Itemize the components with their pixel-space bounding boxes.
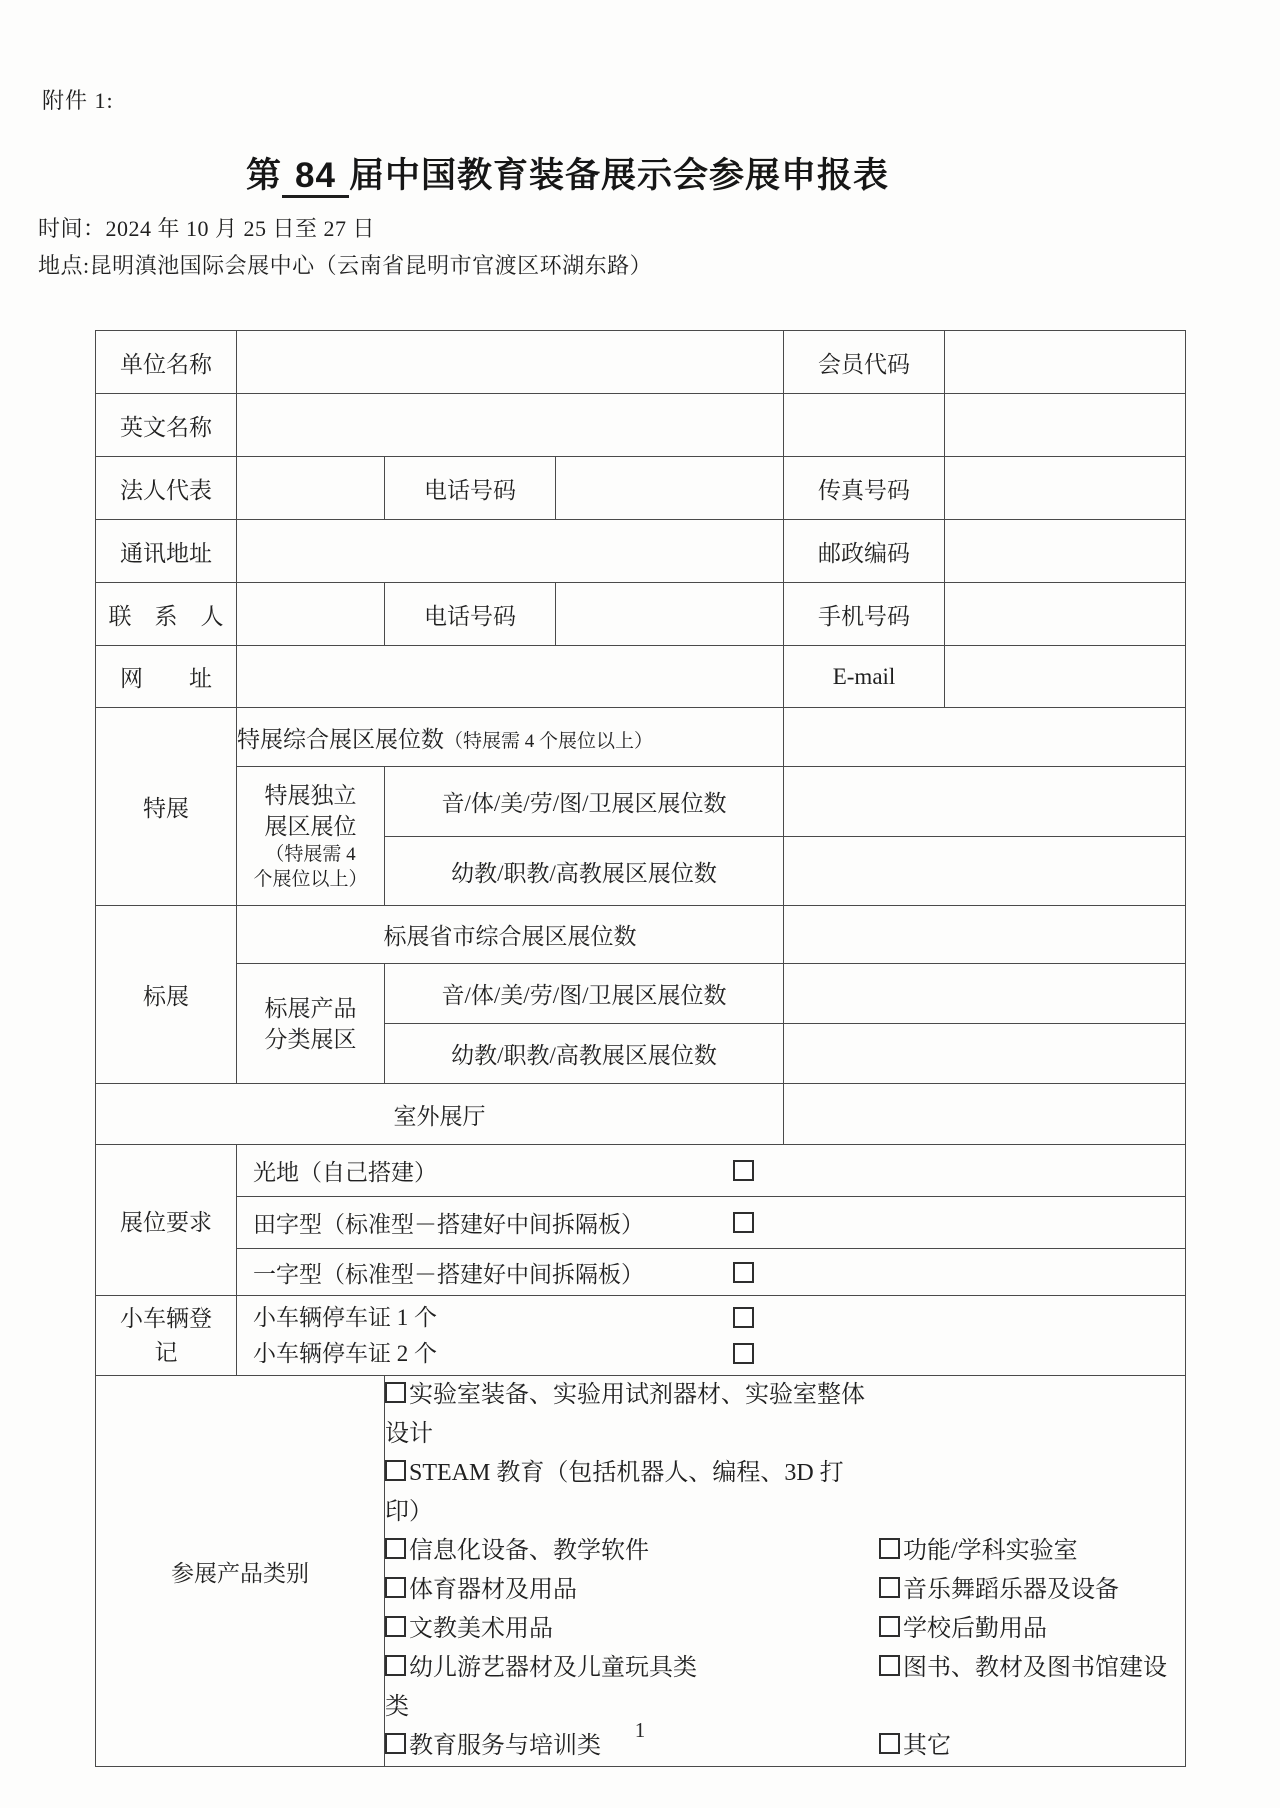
page-number: 1	[0, 1718, 1280, 1743]
vehicle-option-label: 小车辆停车证 2 个	[253, 1336, 733, 1372]
vehicle-options-cell: 小车辆停车证 1 个 小车辆停车证 2 个	[237, 1296, 1186, 1376]
special-comprehensive-input-cell[interactable]	[784, 708, 1186, 767]
product-category-options-cell: 实验室装备、实验用试剂器材、实验室整体设计 STEAM 教育（包括机器人、编程、…	[385, 1376, 1186, 1767]
english-name-label: 英文名称	[96, 394, 237, 457]
checkbox-icon[interactable]	[733, 1343, 754, 1364]
product-option: 文教美术用品	[385, 1610, 879, 1649]
special-preschool-zone-input-cell[interactable]	[784, 837, 1186, 906]
table-row: 单位名称 会员代码	[96, 331, 1186, 394]
table-row: 小车辆登 记 小车辆停车证 1 个 小车辆停车证 2 个	[96, 1296, 1186, 1376]
booth-option-label: 田字型（标准型－搭建好中间拆隔板）	[253, 1206, 733, 1239]
fax-input-cell[interactable]	[945, 457, 1186, 520]
application-form-table: 单位名称 会员代码 英文名称 法人代表 电话号码 传真号码 通讯地址 邮政编码	[95, 330, 1186, 1767]
checkbox-icon[interactable]	[733, 1307, 754, 1328]
english-name-input-cell[interactable]	[237, 394, 784, 457]
unit-name-input-cell[interactable]	[237, 331, 784, 394]
mobile-label: 手机号码	[784, 583, 945, 646]
phone-input-cell[interactable]	[556, 457, 784, 520]
event-location-line: 地点:昆明滇池国际会展中心（云南省昆明市官渡区环湖东路）	[38, 249, 652, 280]
outdoor-hall-label: 室外展厅	[96, 1084, 784, 1145]
mail-address-input-cell[interactable]	[237, 520, 784, 583]
standard-preschool-zone-input-cell[interactable]	[784, 1024, 1186, 1084]
table-row: 通讯地址 邮政编码	[96, 520, 1186, 583]
product-option-line: 体育器材及用品 音乐舞蹈乐器及设备	[385, 1571, 1185, 1610]
table-row: 一字型（标准型－搭建好中间拆隔板）	[96, 1249, 1186, 1296]
special-independent-label: 特展独立 展区展位 （特展需 4 个展位以上）	[237, 767, 385, 906]
table-row: 联 系 人 电话号码 手机号码	[96, 583, 1186, 646]
vehicle-option-label: 小车辆停车证 1 个	[253, 1300, 733, 1336]
product-option-line: 幼儿游艺器材及儿童玩具类 图书、教材及图书馆建设	[385, 1649, 1185, 1688]
legal-rep-input-cell[interactable]	[237, 457, 385, 520]
table-row: 特展独立 展区展位 （特展需 4 个展位以上） 音/体/美/劳/图/卫展区展位数	[96, 767, 1186, 837]
checkbox-icon[interactable]	[385, 1616, 406, 1637]
mobile-input-cell[interactable]	[945, 583, 1186, 646]
table-row: 参展产品类别 实验室装备、实验用试剂器材、实验室整体设计 STEAM 教育（包括…	[96, 1376, 1186, 1767]
contact-phone-input-cell[interactable]	[556, 583, 784, 646]
product-option: 功能/学科实验室	[879, 1532, 1078, 1571]
product-option-line: 实验室装备、实验用试剂器材、实验室整体设计	[385, 1376, 1185, 1454]
table-row: 英文名称	[96, 394, 1186, 457]
table-row: 室外展厅	[96, 1084, 1186, 1145]
table-row: 特展 特展综合展区展位数（特展需 4 个展位以上）	[96, 708, 1186, 767]
standard-art-zone-input-cell[interactable]	[784, 964, 1186, 1024]
booth-option-label: 一字型（标准型－搭建好中间拆隔板）	[253, 1256, 733, 1289]
special-comprehensive-label: 特展综合展区展位数（特展需 4 个展位以上）	[237, 708, 784, 767]
product-option: 信息化设备、教学软件	[385, 1532, 879, 1571]
member-code-input-cell[interactable]	[945, 331, 1186, 394]
contact-phone-label: 电话号码	[385, 583, 556, 646]
product-category-section-label: 参展产品类别	[96, 1376, 385, 1767]
product-option: 学校后勤用品	[879, 1610, 1047, 1649]
product-option: 实验室装备、实验用试剂器材、实验室整体设计	[385, 1376, 879, 1454]
checkbox-icon[interactable]	[733, 1160, 754, 1181]
booth-option-label: 光地（自己搭建）	[253, 1154, 733, 1187]
product-option-line: 信息化设备、教学软件 功能/学科实验室	[385, 1532, 1185, 1571]
postal-code-label: 邮政编码	[784, 520, 945, 583]
legal-rep-label: 法人代表	[96, 457, 237, 520]
booth-option-raw-space: 光地（自己搭建）	[237, 1145, 1186, 1197]
standard-exhibit-section-label: 标展	[96, 906, 237, 1084]
checkbox-icon[interactable]	[879, 1655, 900, 1676]
special-art-zone-label: 音/体/美/劳/图/卫展区展位数	[385, 767, 784, 837]
contact-person-label: 联 系 人	[96, 583, 237, 646]
table-row: 展位要求 光地（自己搭建）	[96, 1145, 1186, 1197]
unit-name-label: 单位名称	[96, 331, 237, 394]
product-option-line: 文教美术用品 学校后勤用品	[385, 1610, 1185, 1649]
booth-option-line: 一字型（标准型－搭建好中间拆隔板）	[237, 1249, 1186, 1296]
table-row: 法人代表 电话号码 传真号码	[96, 457, 1186, 520]
form-title: 第84届中国教育装备展示会参展申报表	[0, 148, 1135, 198]
title-prefix: 第	[246, 156, 282, 195]
special-art-zone-input-cell[interactable]	[784, 767, 1186, 837]
title-suffix: 届中国教育装备展示会参展申报表	[349, 156, 889, 195]
checkbox-icon[interactable]	[879, 1616, 900, 1637]
checkbox-icon[interactable]	[385, 1460, 406, 1481]
website-label: 网 址	[96, 646, 237, 708]
standard-art-zone-label: 音/体/美/劳/图/卫展区展位数	[385, 964, 784, 1024]
checkbox-icon[interactable]	[879, 1577, 900, 1598]
product-option: 图书、教材及图书馆建设	[879, 1649, 1167, 1688]
outdoor-hall-input-cell[interactable]	[784, 1084, 1186, 1145]
table-row: 标展产品 分类展区 音/体/美/劳/图/卫展区展位数	[96, 964, 1186, 1024]
empty-cell	[945, 394, 1186, 457]
product-option-line: STEAM 教育（包括机器人、编程、3D 打印）	[385, 1454, 1185, 1532]
standard-provincial-label: 标展省市综合展区展位数	[237, 906, 784, 964]
checkbox-icon[interactable]	[385, 1538, 406, 1559]
website-input-cell[interactable]	[237, 646, 784, 708]
checkbox-icon[interactable]	[733, 1212, 754, 1233]
scanned-form-page: 附件 1: 第84届中国教育装备展示会参展申报表 时间：2024 年 10 月 …	[0, 0, 1280, 1808]
checkbox-icon[interactable]	[385, 1655, 406, 1676]
table-row: 网 址 E-mail	[96, 646, 1186, 708]
phone-label: 电话号码	[385, 457, 556, 520]
email-input-cell[interactable]	[945, 646, 1186, 708]
checkbox-icon[interactable]	[385, 1577, 406, 1598]
product-option: 音乐舞蹈乐器及设备	[879, 1571, 1119, 1610]
mail-address-label: 通讯地址	[96, 520, 237, 583]
product-option: STEAM 教育（包括机器人、编程、3D 打印）	[385, 1454, 879, 1532]
booth-requirement-section-label: 展位要求	[96, 1145, 237, 1296]
checkbox-icon[interactable]	[733, 1262, 754, 1283]
product-option: 体育器材及用品	[385, 1571, 879, 1610]
special-exhibit-section-label: 特展	[96, 708, 237, 906]
email-label: E-mail	[784, 646, 945, 708]
fax-label: 传真号码	[784, 457, 945, 520]
product-option: 幼儿游艺器材及儿童玩具类	[385, 1649, 879, 1688]
checkbox-icon[interactable]	[385, 1382, 406, 1403]
attachment-label: 附件 1:	[42, 84, 114, 115]
member-code-label: 会员代码	[784, 331, 945, 394]
standard-category-label: 标展产品 分类展区	[237, 964, 385, 1084]
event-time-line: 时间：2024 年 10 月 25 日至 27 日	[38, 212, 375, 243]
title-session-number: 84	[282, 156, 349, 198]
vehicle-registration-section-label: 小车辆登 记	[96, 1296, 237, 1376]
table-row: 田字型（标准型－搭建好中间拆隔板）	[96, 1197, 1186, 1249]
standard-provincial-input-cell[interactable]	[784, 906, 1186, 964]
checkbox-icon[interactable]	[879, 1538, 900, 1559]
standard-preschool-zone-label: 幼教/职教/高教展区展位数	[385, 1024, 784, 1084]
special-preschool-zone-label: 幼教/职教/高教展区展位数	[385, 837, 784, 906]
postal-code-input-cell[interactable]	[945, 520, 1186, 583]
table-row: 标展 标展省市综合展区展位数	[96, 906, 1186, 964]
contact-person-input-cell[interactable]	[237, 583, 385, 646]
empty-cell	[784, 394, 945, 457]
booth-option-grid: 田字型（标准型－搭建好中间拆隔板）	[237, 1197, 1186, 1249]
